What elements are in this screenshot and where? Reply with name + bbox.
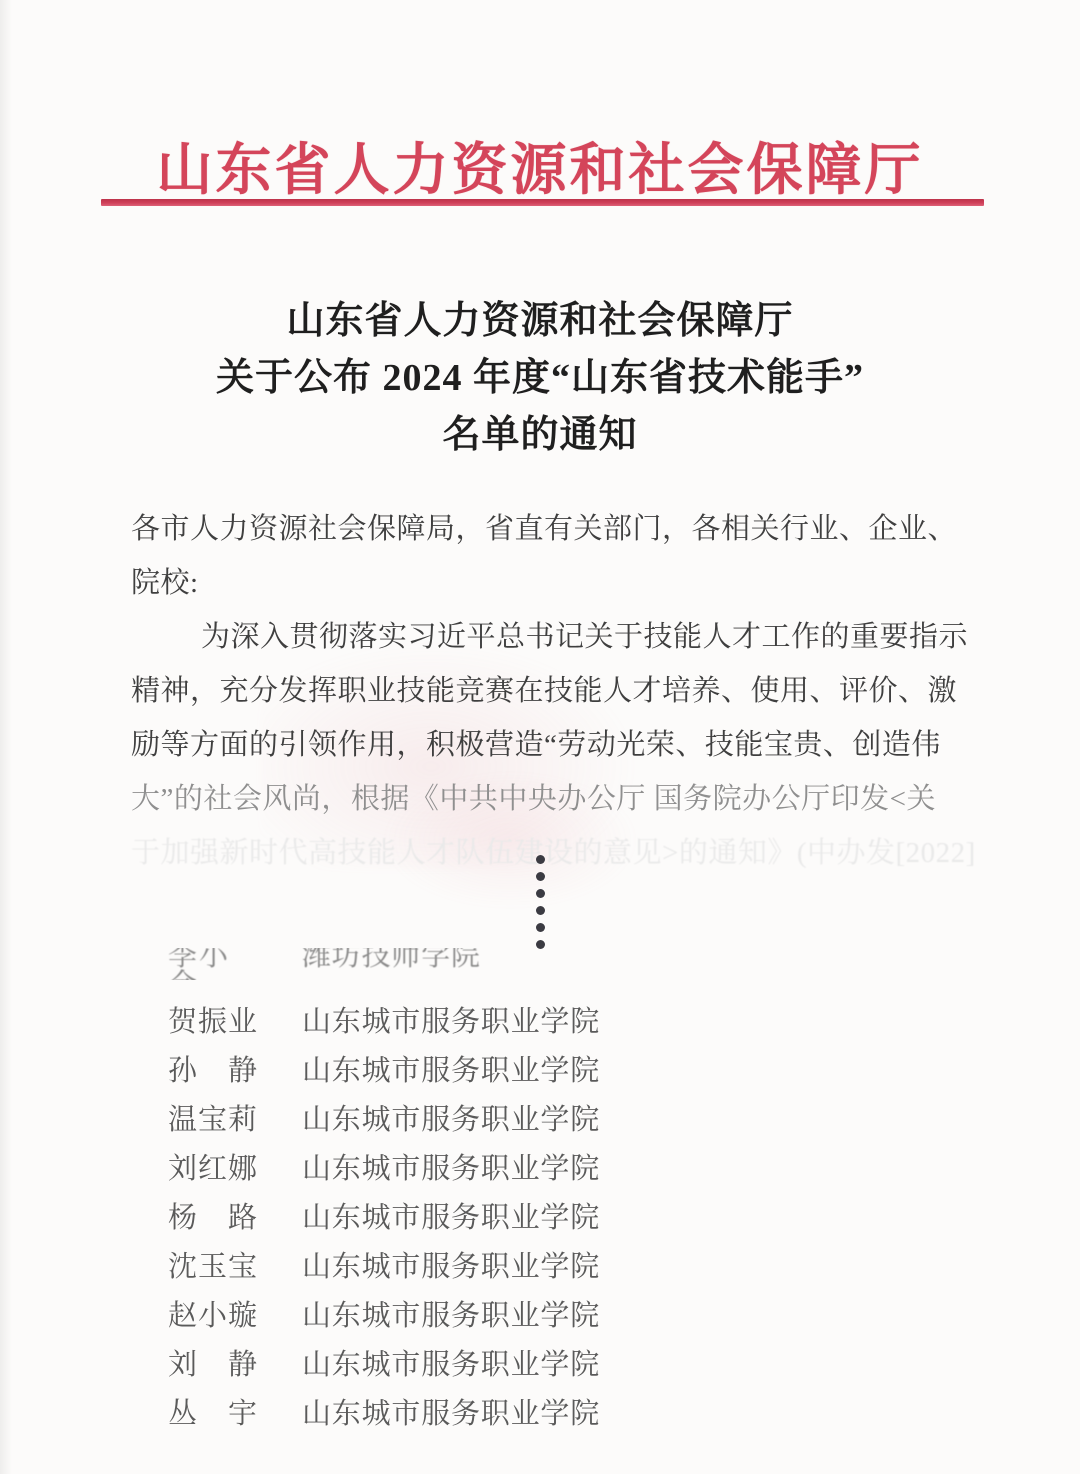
school-cell: 山东城市服务职业学院 <box>302 999 600 1040</box>
ellipsis-dot <box>536 855 545 864</box>
paragraph-line: 精神，充分发挥职业技能竞赛在技能人才培养、使用、评价、激 <box>131 664 963 718</box>
document-title-line-1: 山东省人力资源和社会保障厅 <box>0 293 1080 350</box>
awards-list: 贺振业 山东城市服务职业学院 孙 静 山东城市服务职业学院 温宝莉 山东城市服务… <box>168 995 868 1436</box>
name-cell: 孙 静 <box>168 1048 260 1089</box>
table-row: 温宝莉 山东城市服务职业学院 <box>168 1093 868 1142</box>
name-cell: 刘红娜 <box>168 1146 260 1187</box>
ellipsis-dot <box>536 906 545 915</box>
ellipsis-dot <box>536 923 545 932</box>
document-title-line-3: 名单的通知 <box>0 407 1080 464</box>
table-row: 刘 静 山东城市服务职业学院 <box>168 1338 868 1387</box>
paragraph-line: 为深入贯彻落实习近平总书记关于技能人才工作的重要指示 <box>131 610 963 664</box>
clipped-row: 李小金 潍坊技师学院 <box>168 948 648 980</box>
ellipsis-dot <box>536 872 545 881</box>
name-cell: 杨 路 <box>168 1195 260 1236</box>
name-cell: 李小金 <box>168 948 260 980</box>
table-row: 刘红娜 山东城市服务职业学院 <box>168 1142 868 1191</box>
name-cell: 赵小璇 <box>168 1293 260 1334</box>
document-title: 山东省人力资源和社会保障厅 关于公布 2024 年度“山东省技术能手” 名单的通… <box>0 293 1080 464</box>
school-cell: 山东城市服务职业学院 <box>302 1244 600 1285</box>
paragraph-line: 大”的社会风尚，根据《中共中央办公厅 国务院办公厅印发<关 <box>131 772 963 826</box>
name-cell: 刘 静 <box>168 1342 260 1383</box>
table-row: 赵小璇 山东城市服务职业学院 <box>168 1289 868 1338</box>
school-cell: 山东城市服务职业学院 <box>302 1391 600 1432</box>
name-cell: 贺振业 <box>168 999 260 1040</box>
salutation-line: 院校: <box>131 556 963 610</box>
letterhead-divider <box>101 199 984 206</box>
table-row: 杨 路 山东城市服务职业学院 <box>168 1191 868 1240</box>
school-cell: 潍坊技师学院 <box>302 948 481 980</box>
table-row: 孙 静 山东城市服务职业学院 <box>168 1044 868 1093</box>
table-row: 丛 宇 山东城市服务职业学院 <box>168 1387 868 1436</box>
school-cell: 山东城市服务职业学院 <box>302 1195 600 1236</box>
school-cell: 山东城市服务职业学院 <box>302 1097 600 1138</box>
document-page: 山东省人力资源和社会保障厅 山东省人力资源和社会保障厅 关于公布 2024 年度… <box>0 0 1080 1474</box>
school-cell: 山东城市服务职业学院 <box>302 1048 600 1089</box>
school-cell: 山东城市服务职业学院 <box>302 1146 600 1187</box>
ellipsis-dot <box>536 889 545 898</box>
paragraph-line: 励等方面的引领作用，积极营造“劳动光荣、技能宝贵、创造伟 <box>131 718 963 772</box>
salutation-line: 各市人力资源社会保障局，省直有关部门，各相关行业、企业、 <box>131 502 963 556</box>
body-text: 各市人力资源社会保障局，省直有关部门，各相关行业、企业、 院校: 为深入贯彻落实… <box>131 502 963 880</box>
name-cell: 温宝莉 <box>168 1097 260 1138</box>
table-row: 沈玉宝 山东城市服务职业学院 <box>168 1240 868 1289</box>
school-cell: 山东城市服务职业学院 <box>302 1293 600 1334</box>
school-cell: 山东城市服务职业学院 <box>302 1342 600 1383</box>
truncation-ellipsis <box>0 851 1080 953</box>
document-title-line-2: 关于公布 2024 年度“山东省技术能手” <box>0 350 1080 407</box>
name-cell: 丛 宇 <box>168 1391 260 1432</box>
table-row: 贺振业 山东城市服务职业学院 <box>168 995 868 1044</box>
letterhead-title: 山东省人力资源和社会保障厅 <box>0 126 1080 206</box>
name-cell: 沈玉宝 <box>168 1244 260 1285</box>
